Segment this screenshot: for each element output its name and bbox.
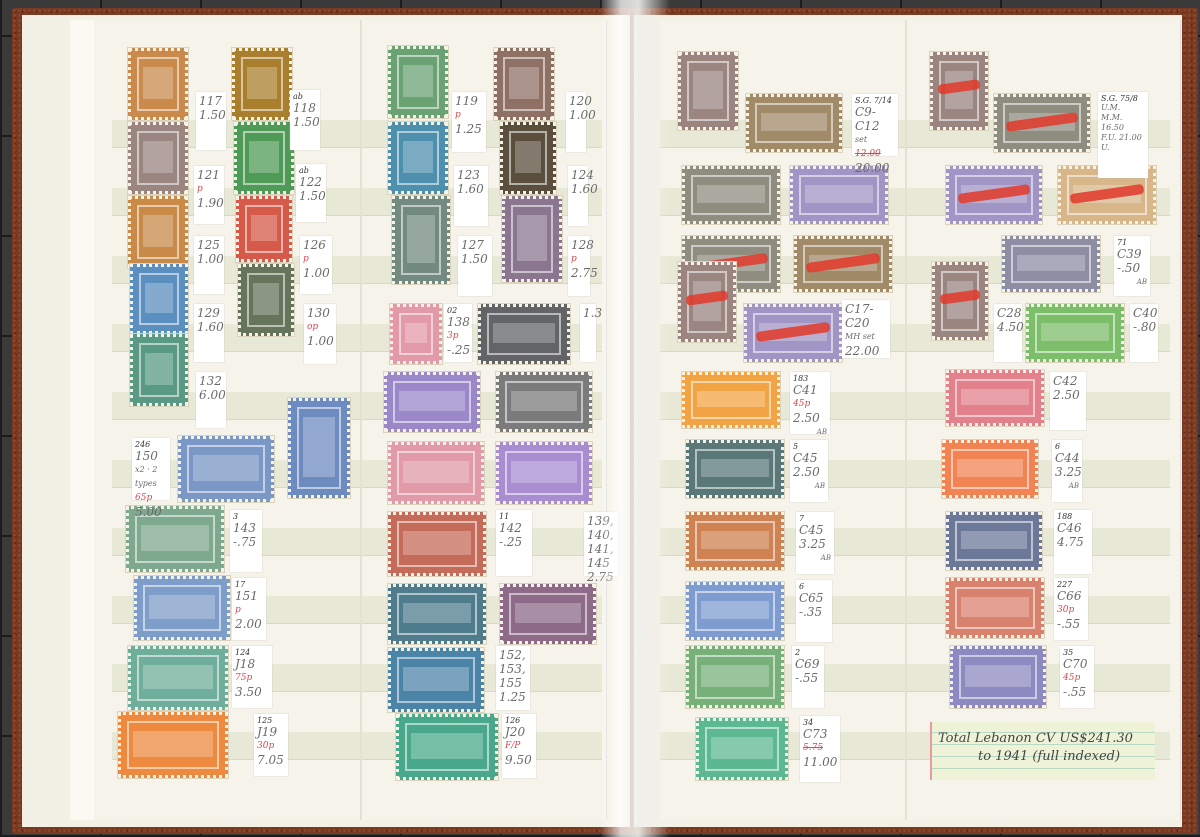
- stamp: [128, 646, 228, 710]
- catalogue-note: 6C443.25AB: [1052, 440, 1082, 502]
- stamp: [746, 94, 842, 152]
- stamp: [388, 122, 448, 194]
- catalogue-note: 119p1.25: [452, 92, 486, 152]
- stamp: [288, 398, 350, 498]
- stamp: [128, 122, 188, 194]
- stamp: [950, 646, 1046, 708]
- catalogue-note: 2C69-.55: [792, 646, 824, 708]
- catalogue-note: 183C4145p2.50AB: [790, 372, 830, 434]
- stamp: [686, 440, 784, 498]
- catalogue-note: C284.50: [994, 304, 1022, 362]
- stamp: [930, 52, 988, 130]
- catalogue-note: 227C6630p-.55: [1054, 578, 1088, 640]
- stamp: [946, 578, 1044, 638]
- catalogue-note: 1171.50: [196, 92, 226, 150]
- catalogue-note: 1231.60: [454, 166, 488, 226]
- catalogue-note: 34C735.7511.00: [800, 716, 840, 782]
- catalogue-note: ab1181.50: [290, 90, 320, 150]
- catalogue-note: 128p2.75: [568, 236, 590, 296]
- catalogue-note: 3143-.75: [230, 510, 262, 572]
- stamp: [392, 196, 450, 284]
- stamp: [942, 440, 1038, 498]
- catalogue-note: 1271.50: [458, 236, 492, 296]
- stamp: [128, 196, 188, 268]
- catalogue-note: 71C39-.50AB: [1114, 236, 1150, 296]
- stamp: [502, 196, 562, 282]
- stamp: [390, 304, 442, 364]
- stamp: [118, 712, 228, 778]
- stamp: [678, 262, 736, 342]
- catalogue-note: 246150x2 · 2 types65p5.00: [132, 438, 170, 500]
- catalogue-note: 1241.60: [568, 166, 588, 226]
- stamp: [1002, 236, 1100, 292]
- catalogue-note: 1.3: [580, 304, 596, 362]
- catalogue-note: 1201.00: [566, 92, 586, 152]
- catalogue-note: 5C452.50AB: [790, 440, 828, 502]
- stamp: [388, 512, 486, 576]
- stamp: [494, 48, 554, 120]
- stamp: [696, 718, 788, 780]
- stamp: [994, 94, 1090, 152]
- stamp: [946, 370, 1044, 426]
- catalogue-note: 125J1930p7.05: [254, 714, 288, 776]
- catalogue-note: 17151p2.00: [232, 578, 266, 640]
- catalogue-note: C40-.80: [1130, 304, 1158, 362]
- catalogue-note: 1326.00: [196, 372, 226, 428]
- page-edge: [70, 20, 95, 820]
- stamp: [678, 52, 738, 130]
- stamp: [236, 196, 292, 262]
- stamp: [686, 582, 784, 640]
- stamp: [388, 584, 486, 644]
- stamp: [686, 646, 784, 708]
- catalogue-note: C422.50: [1050, 372, 1086, 430]
- stamp: [744, 304, 842, 362]
- catalogue-note: 126J20F/P9.50: [502, 714, 536, 778]
- stamp: [388, 442, 484, 504]
- column-divider: [360, 20, 362, 820]
- catalogue-note: 121p1.90: [194, 166, 224, 224]
- catalogue-note: 11142-.25: [496, 510, 532, 576]
- stamp: [932, 262, 988, 340]
- stamp: [134, 576, 230, 640]
- stamp: [1026, 304, 1124, 362]
- catalogue-note: ab1221.50: [296, 164, 326, 222]
- stamp: [130, 264, 188, 334]
- total-value-note: Total Lebanon CV US$241.30 to 1941 (full…: [930, 722, 1155, 780]
- stamp: [496, 372, 592, 432]
- catalogue-note: S.G. 75/8U.M.M.M. 16.50F.U. 21.00U.: [1098, 92, 1148, 178]
- catalogue-note: 7C453.25AB: [796, 512, 834, 574]
- stamp: [500, 122, 556, 194]
- total-line-2: to 1941 (full indexed): [938, 748, 1149, 766]
- stamp: [128, 48, 188, 120]
- stamp: [496, 442, 592, 504]
- book-spine-glare: [600, 0, 670, 837]
- stamp: [396, 714, 498, 780]
- stamp: [384, 372, 480, 432]
- catalogue-note: 35C7045p-.55: [1060, 646, 1094, 708]
- stamp: [682, 372, 780, 428]
- catalogue-note: 124J1875p3.50: [232, 646, 272, 708]
- stamp: [794, 236, 892, 292]
- catalogue-note: 152, 153, 1551.25: [496, 646, 530, 710]
- stamp: [686, 512, 784, 570]
- stamp: [388, 648, 484, 712]
- column-divider: [905, 20, 907, 820]
- stamp: [232, 48, 292, 120]
- catalogue-note: S.G. 7/14C9-C12set12.0020.00: [852, 94, 898, 156]
- catalogue-note: 188C464.75: [1054, 510, 1092, 574]
- catalogue-note: 1251.00: [194, 236, 224, 294]
- catalogue-note: 126p1.00: [300, 236, 332, 294]
- stamp: [682, 166, 780, 224]
- stamp: [388, 46, 448, 118]
- catalogue-note: 130op1.00: [304, 304, 336, 364]
- stamp: [238, 264, 294, 336]
- stamp: [234, 122, 294, 194]
- catalogue-note: C17-C20MH set22.00: [842, 300, 890, 358]
- total-line-1: Total Lebanon CV US$241.30: [938, 730, 1149, 748]
- stamp: [946, 166, 1042, 224]
- stamp: [130, 334, 188, 406]
- stamp: [500, 584, 596, 644]
- stamp: [178, 436, 274, 502]
- catalogue-note: 6C65-.35: [796, 580, 832, 642]
- catalogue-note: 021383p-.25: [444, 304, 472, 362]
- stamp: [478, 304, 570, 364]
- catalogue-note: 1291.60: [194, 304, 224, 362]
- stamp: [946, 512, 1042, 570]
